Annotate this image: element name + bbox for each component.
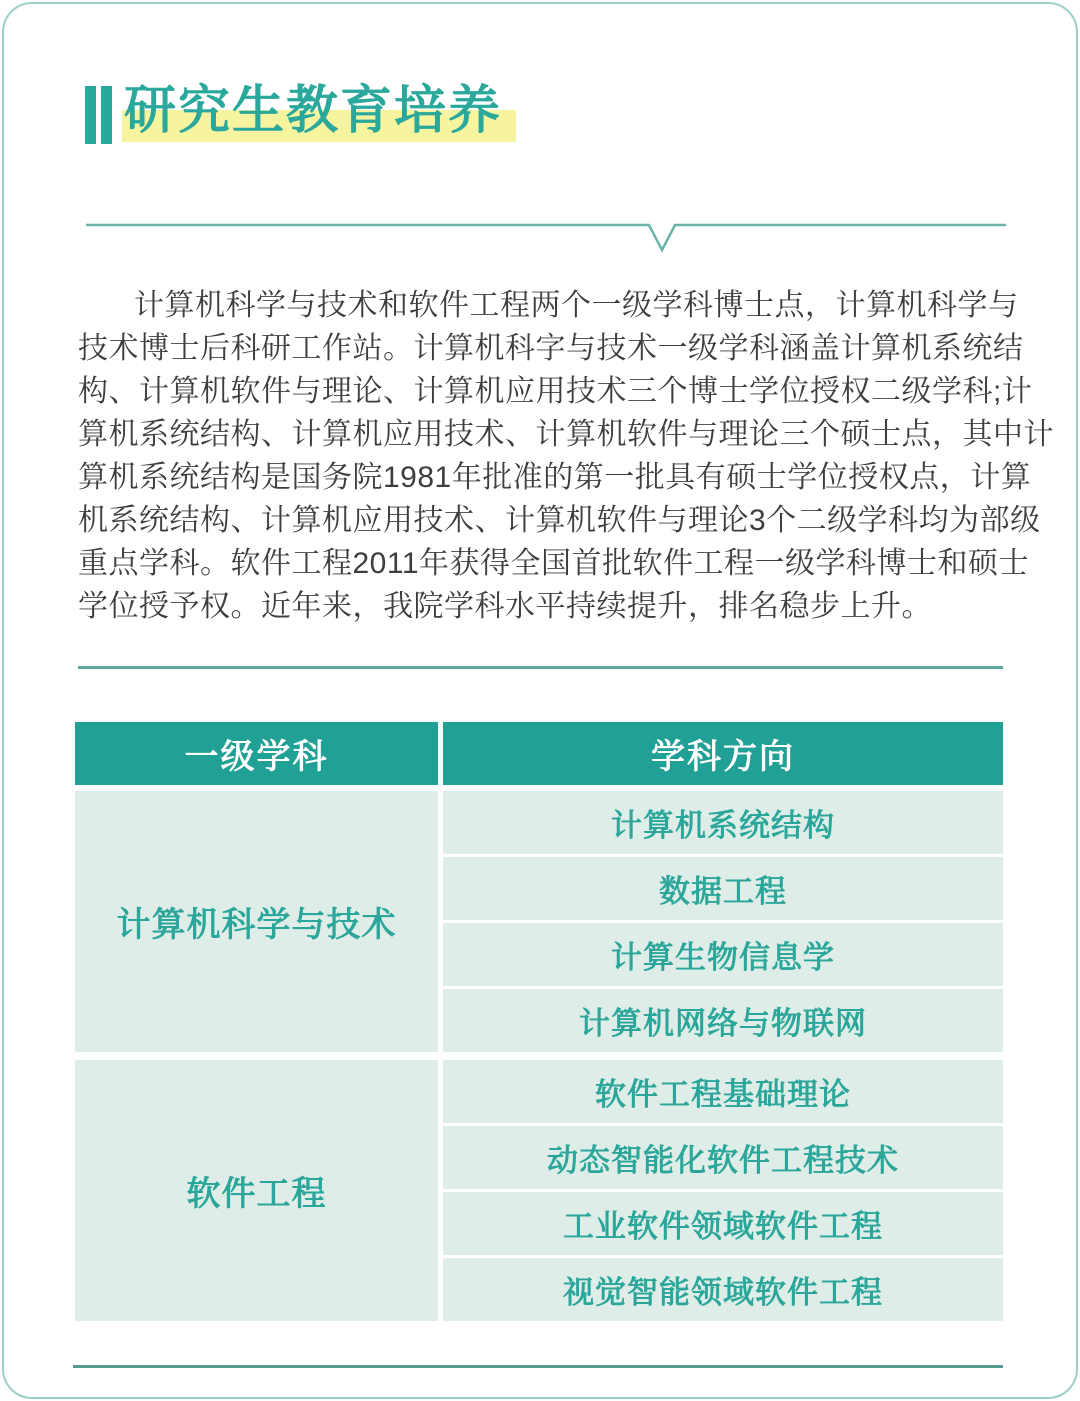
intro-paragraph: 计算机科学与技术和软件工程两个一级学科博士点，计算机科学与 技术博士后科研工作站… — [78, 284, 1006, 628]
intro-line: 构、计算机软件与理论、计算机应用技术三个博士学位授权二级学科;计 — [78, 370, 1006, 413]
direction-cell: 计算机系统结构 — [443, 791, 1003, 854]
section-divider — [78, 666, 1003, 669]
intro-line: 计算机科学与技术和软件工程两个一级学科博士点，计算机科学与 — [78, 284, 1006, 327]
table-group-se: 软件工程 软件工程基础理论 动态智能化软件工程技术 工业软件领域软件工程 视觉智… — [75, 1060, 1003, 1321]
bottom-divider — [73, 1365, 1003, 1368]
discipline-cell: 计算机科学与技术 — [75, 791, 438, 1052]
direction-column: 计算机系统结构 数据工程 计算生物信息学 计算机网络与物联网 — [443, 791, 1003, 1052]
double-bar-icon — [85, 86, 112, 144]
page-title-text: 研究生教育培养 — [124, 82, 502, 140]
table-header-row: 一级学科 学科方向 — [75, 722, 1003, 785]
direction-cell: 动态智能化软件工程技术 — [443, 1126, 1003, 1189]
table-group-cs: 计算机科学与技术 计算机系统结构 数据工程 计算生物信息学 计算机网络与物联网 — [75, 791, 1003, 1052]
table-header-discipline: 一级学科 — [75, 722, 438, 785]
accent-bar — [85, 86, 96, 144]
discipline-table: 一级学科 学科方向 计算机科学与技术 计算机系统结构 数据工程 计算生物信息学 … — [75, 722, 1003, 1329]
intro-line: 算机系统结构是国务院1981年批准的第一批具有硕士学位授权点，计算 — [78, 456, 1006, 499]
intro-line: 重点学科。软件工程2011年获得全国首批软件工程一级学科博士和硕士 — [78, 542, 1006, 585]
direction-cell: 视觉智能领域软件工程 — [443, 1258, 1003, 1321]
intro-line: 学位授予权。近年来，我院学科水平持续提升，排名稳步上升。 — [78, 585, 1006, 628]
direction-cell: 计算机网络与物联网 — [443, 989, 1003, 1052]
title-block: 研究生教育培养 — [85, 80, 502, 144]
intro-line: 机系统结构、计算机应用技术、计算机软件与理论3个二级学科均为部级 — [78, 499, 1006, 542]
intro-line: 技术博士后科研工作站。计算机科字与技术一级学科涵盖计算机系统结 — [78, 327, 1006, 370]
intro-line: 算机系统结构、计算机应用技术、计算机软件与理论三个硕士点，其中计 — [78, 413, 1006, 456]
notch-divider — [85, 222, 1007, 254]
accent-bar — [101, 86, 112, 144]
direction-cell: 软件工程基础理论 — [443, 1060, 1003, 1123]
direction-cell: 工业软件领域软件工程 — [443, 1192, 1003, 1255]
page-title: 研究生教育培养 — [124, 80, 502, 142]
discipline-cell: 软件工程 — [75, 1060, 438, 1321]
direction-column: 软件工程基础理论 动态智能化软件工程技术 工业软件领域软件工程 视觉智能领域软件… — [443, 1060, 1003, 1321]
direction-cell: 数据工程 — [443, 857, 1003, 920]
direction-cell: 计算生物信息学 — [443, 923, 1003, 986]
table-header-direction: 学科方向 — [443, 722, 1003, 785]
